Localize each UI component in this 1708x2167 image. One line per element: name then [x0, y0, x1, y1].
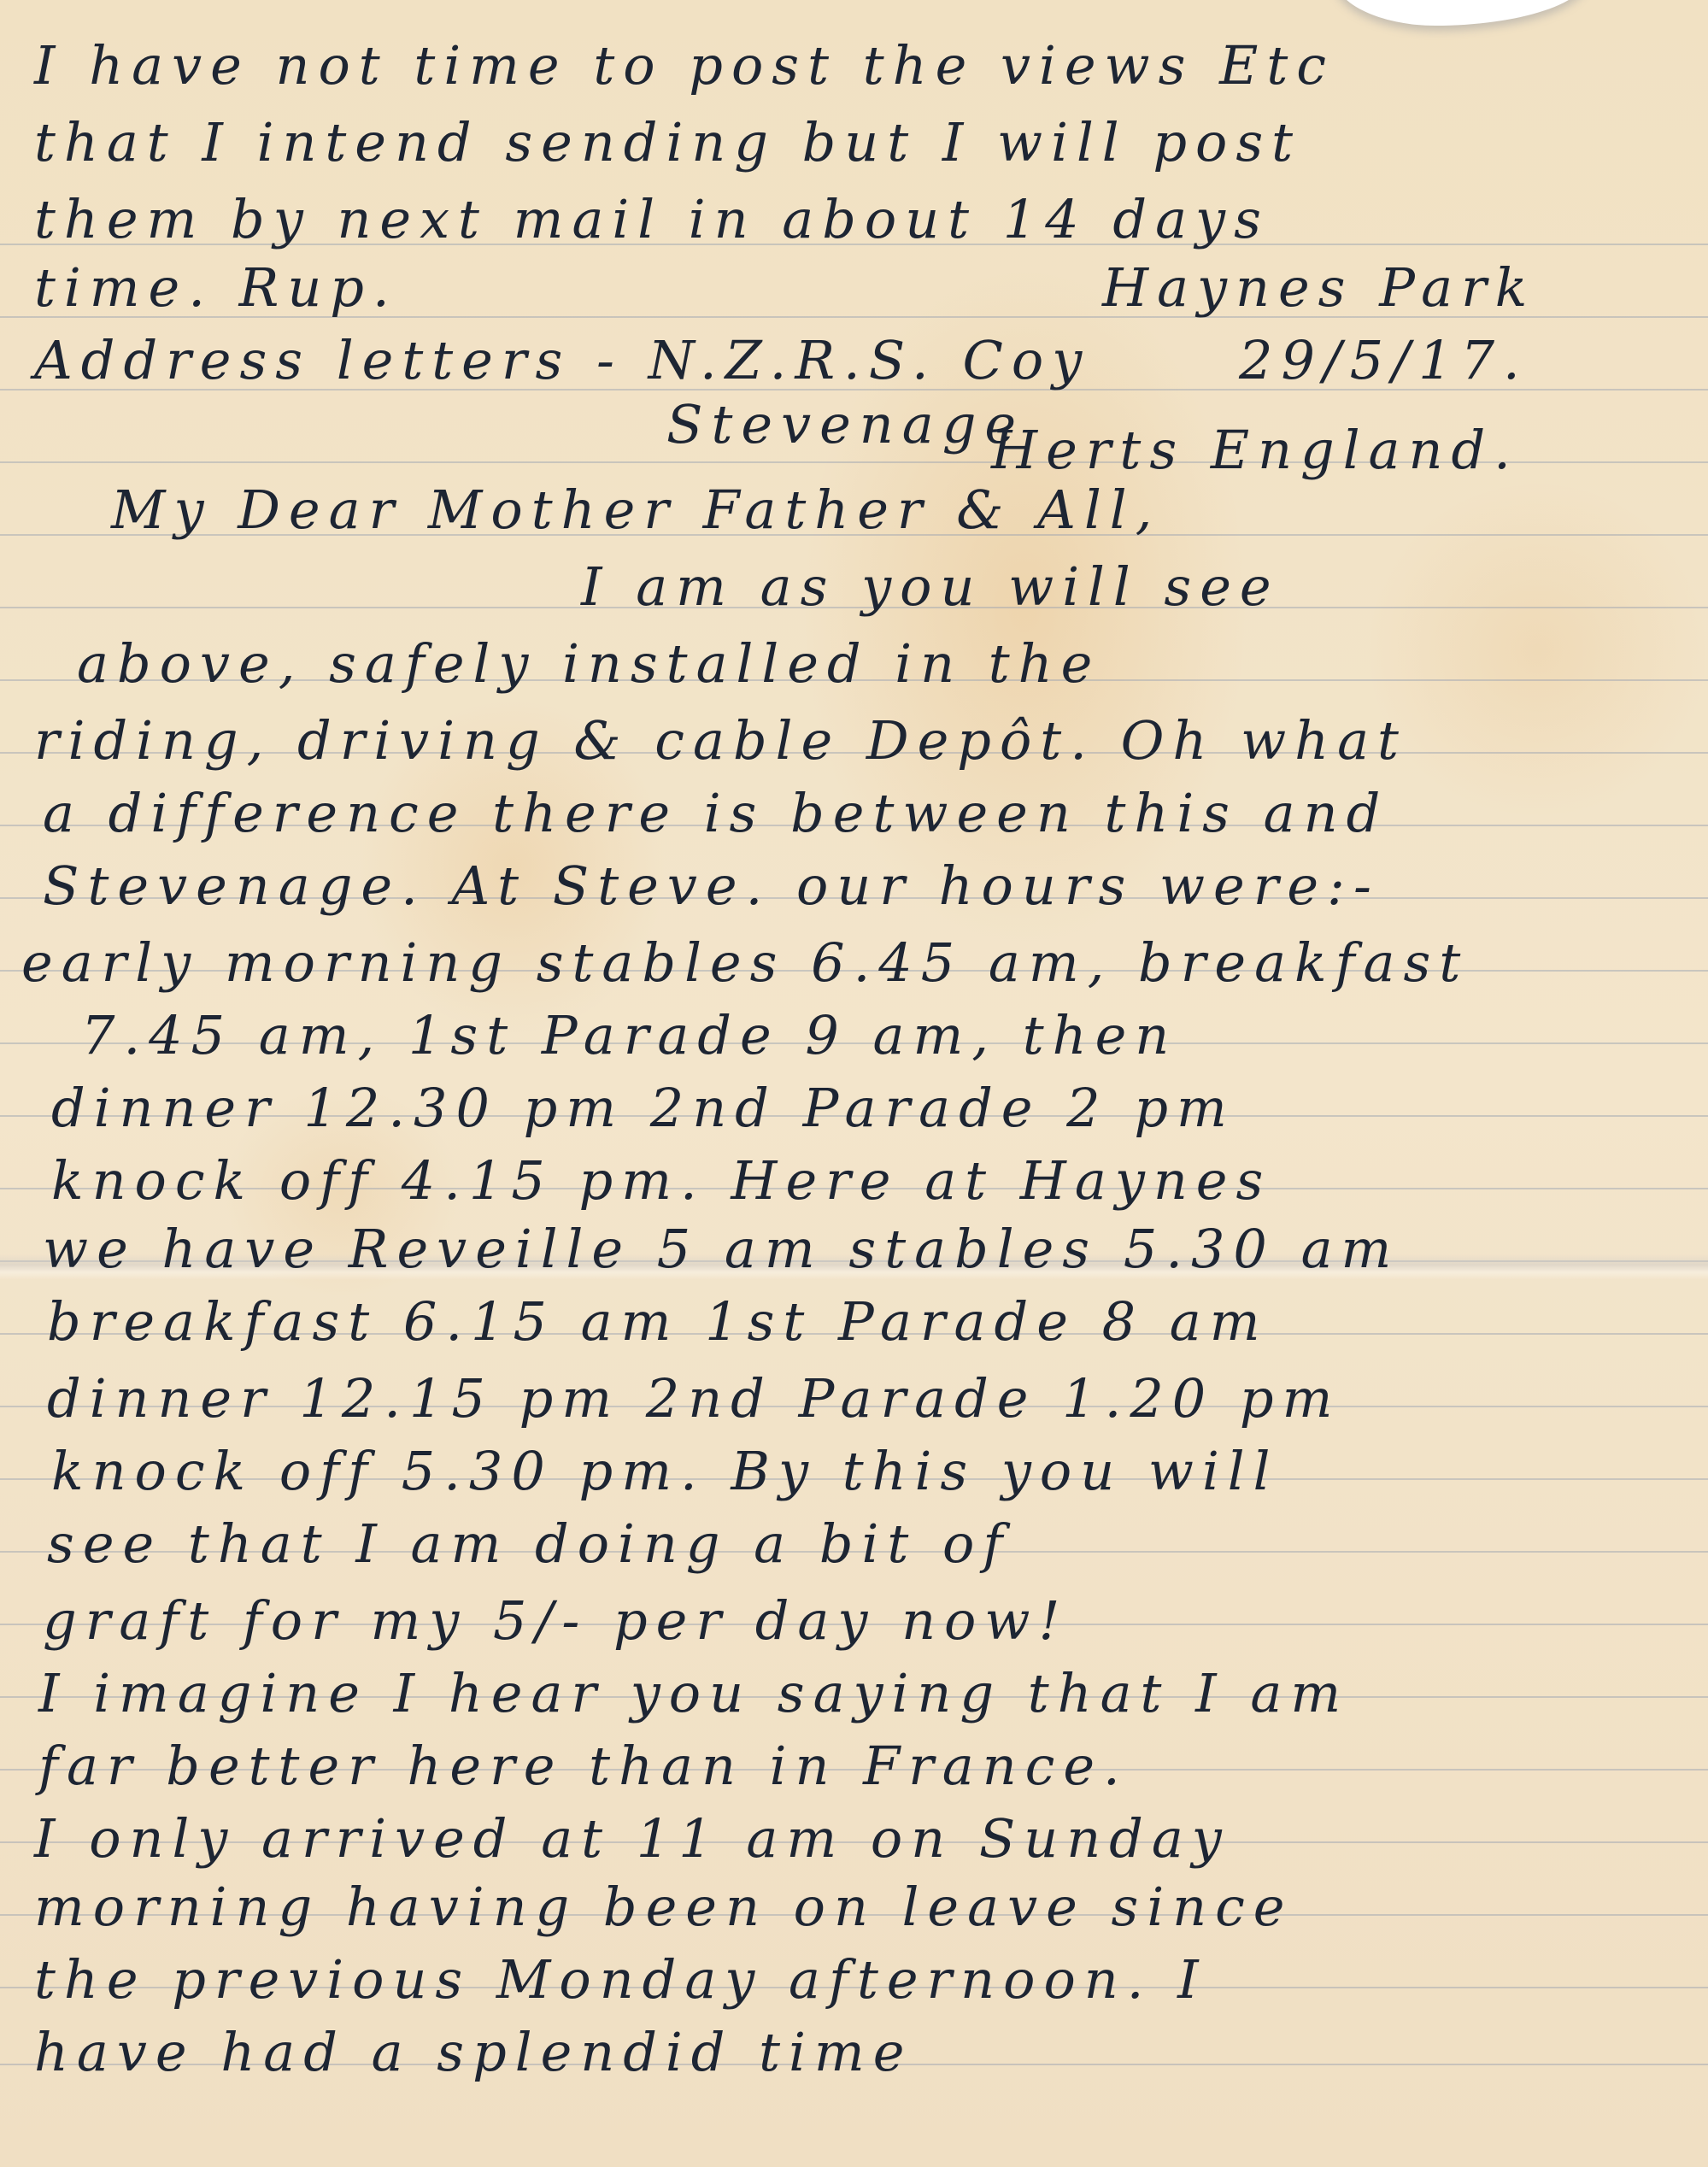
body-line: we have Reveille 5 am stables 5.30 am [43, 1218, 1400, 1280]
body-line: see that I am doing a bit of [47, 1512, 1011, 1575]
body-line: breakfast 6.15 am 1st Parade 8 am [47, 1290, 1269, 1353]
body-line: above, safely installed in the [77, 632, 1101, 695]
header-address-line: Address letters - N.Z.R.S. Coy [34, 329, 1090, 391]
body-line: Stevenage. At Steve. our hours were:- [43, 854, 1380, 917]
header-address-town: Stevenage [666, 393, 1024, 455]
body-line: far better here than in France. [38, 1735, 1129, 1797]
header-date: 29/5/17. [1239, 329, 1529, 391]
letter-page: I have not time to post the views Etc th… [0, 0, 1708, 2167]
postscript-line: time. Rup. [34, 256, 398, 319]
postscript-line: that I intend sending but I will post [34, 111, 1301, 173]
body-line: riding, driving & cable Depôt. Oh what [34, 709, 1407, 772]
header-address-county: Herts England. [991, 419, 1519, 481]
torn-corner [1333, 0, 1589, 26]
body-line: I imagine I hear you saying that I am [38, 1662, 1349, 1724]
body-line: graft for my 5/- per day now! [43, 1589, 1068, 1652]
body-line: knock off 5.30 pm. By this you will [51, 1440, 1278, 1502]
postscript-line: I have not time to post the views Etc [34, 34, 1335, 97]
body-line: dinner 12.15 pm 2nd Parade 1.20 pm [47, 1367, 1341, 1430]
body-line: dinner 12.30 pm 2nd Parade 2 pm [51, 1077, 1236, 1139]
postscript-line: them by next mail in about 14 days [34, 188, 1270, 250]
body-line: I am as you will see [581, 555, 1280, 618]
body-line: the previous Monday afternoon. I [34, 1948, 1207, 2011]
body-line: have had a splendid time [34, 2021, 913, 2083]
header-location: Haynes Park [1102, 256, 1535, 319]
salutation: My Dear Mother Father & All, [111, 479, 1160, 541]
body-line: a difference there is between this and [43, 782, 1388, 844]
body-line: morning having been on leave since [34, 1876, 1294, 1938]
body-line: knock off 4.15 pm. Here at Haynes [51, 1149, 1271, 1212]
body-line: early morning stables 6.45 am, breakfast [21, 931, 1469, 994]
body-line: I only arrived at 11 am on Sunday [34, 1807, 1230, 1870]
body-line: 7.45 am, 1st Parade 9 am, then [81, 1004, 1177, 1066]
